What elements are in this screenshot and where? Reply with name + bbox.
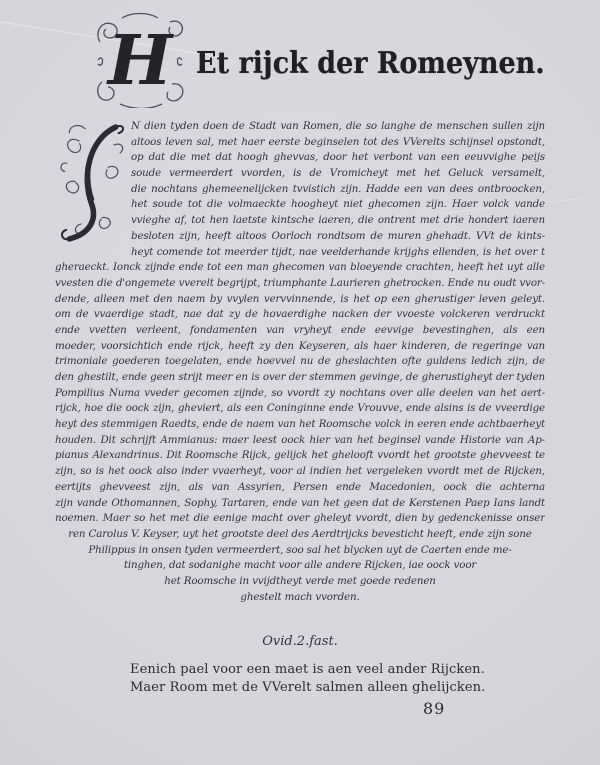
- text-line: ende vvetten verleent, fondamenten van v…: [55, 323, 545, 339]
- page-number: 89: [423, 699, 445, 718]
- text-line: noemen. Maer so het met die eenige macht…: [55, 511, 545, 527]
- text-line: op dat die met dat hoogh ghevvas, door h…: [131, 150, 545, 166]
- text-line: dende, alleen met den naem by vvylen ver…: [55, 292, 545, 308]
- text-line: Pompilius Numa vveder gecomen zijnde, so…: [55, 386, 545, 402]
- text-line: gheraeckt. Ionck zijnde ende tot een man…: [55, 260, 545, 276]
- text-line: rijck, hoe die oock zijn, gheviert, als …: [55, 401, 545, 417]
- text-line: altoos leven sal, met haer eerste begins…: [131, 135, 545, 151]
- ornate-initial-h-icon: H: [92, 12, 188, 108]
- text-line: Maer Room met de VVerelt salmen alleen g…: [130, 679, 485, 697]
- title-text: Et rijck der Romeynen.: [196, 46, 545, 81]
- text-line: eertijts ghevveest zijn, als van Assyrie…: [55, 480, 545, 496]
- text-line: het soude tot die volmaeckte hoogheyt ni…: [131, 197, 545, 213]
- text-line: moeder, voorsichtich ende rijck, heeft z…: [55, 339, 545, 355]
- text-line: ren Carolus V. Keyser, uyt het grootste …: [55, 527, 545, 543]
- text-line: pianus Alexandrinus. Dit Roomsche Rijck,…: [55, 448, 545, 464]
- text-line: soude vermeerdert vvorden, is de Vromich…: [131, 166, 545, 182]
- text-line: die nochtans ghemeenelijcken tvvistich z…: [131, 182, 545, 198]
- text-line: besloten zijn, heeft altoos Oorloch rond…: [131, 229, 545, 245]
- text-line: ghestelt mach vvorden.: [55, 590, 545, 606]
- book-page: H Et rijck der Romeynen. N dien: [0, 0, 600, 765]
- opening-lines: N dien tyden doen de Stadt van Romen, di…: [55, 119, 545, 245]
- text-line: Philippus in onsen tyden vermeerdert, so…: [55, 543, 545, 559]
- text-line: tinghen, dat sodanighe macht voor alle a…: [55, 558, 545, 574]
- text-line: het Roomsche in vvijdtheyt verde met goe…: [55, 574, 545, 590]
- verse-couplet: Eenich pael voor een maet is aen veel an…: [130, 661, 485, 696]
- body-text: N dien tyden doen de Stadt van Romen, di…: [55, 119, 545, 605]
- page-title: H Et rijck der Romeynen.: [92, 12, 560, 108]
- text-line: zijn vande Othomannen, Sophy, Tartaren, …: [55, 496, 545, 512]
- citation: Ovid.2.fast.: [0, 634, 600, 649]
- text-line: om de vvaerdige stadt, nae dat zy de hov…: [55, 307, 545, 323]
- text-line: heyt des stemmigen Raedts, ende de naem …: [55, 417, 545, 433]
- title-initial-letter: H: [106, 21, 175, 101]
- text-line: N dien tyden doen de Stadt van Romen, di…: [131, 119, 545, 135]
- full-width-lines: heyt comende tot meerder tijdt, nae veel…: [55, 245, 545, 527]
- text-line: houden. Dit schrijft Ammianus: maer lees…: [55, 433, 545, 449]
- text-line: heyt comende tot meerder tijdt, nae veel…: [131, 245, 545, 261]
- text-line: den ghestilt, ende geen strijt meer en i…: [55, 370, 545, 386]
- ornate-initial-i-icon: [55, 119, 128, 246]
- text-line: Eenich pael voor een maet is aen veel an…: [130, 661, 485, 679]
- closing-lines: ren Carolus V. Keyser, uyt het grootste …: [55, 527, 545, 605]
- text-line: vvesten die d'ongemete vverelt begrijpt,…: [55, 276, 545, 292]
- text-line: trimoniale goederen toegelaten, ende hoe…: [55, 354, 545, 370]
- text-line: zijn, so is het oock also inder vvaerhey…: [55, 464, 545, 480]
- text-line: vvieghe af, tot hen laetste kintsche iae…: [131, 213, 545, 229]
